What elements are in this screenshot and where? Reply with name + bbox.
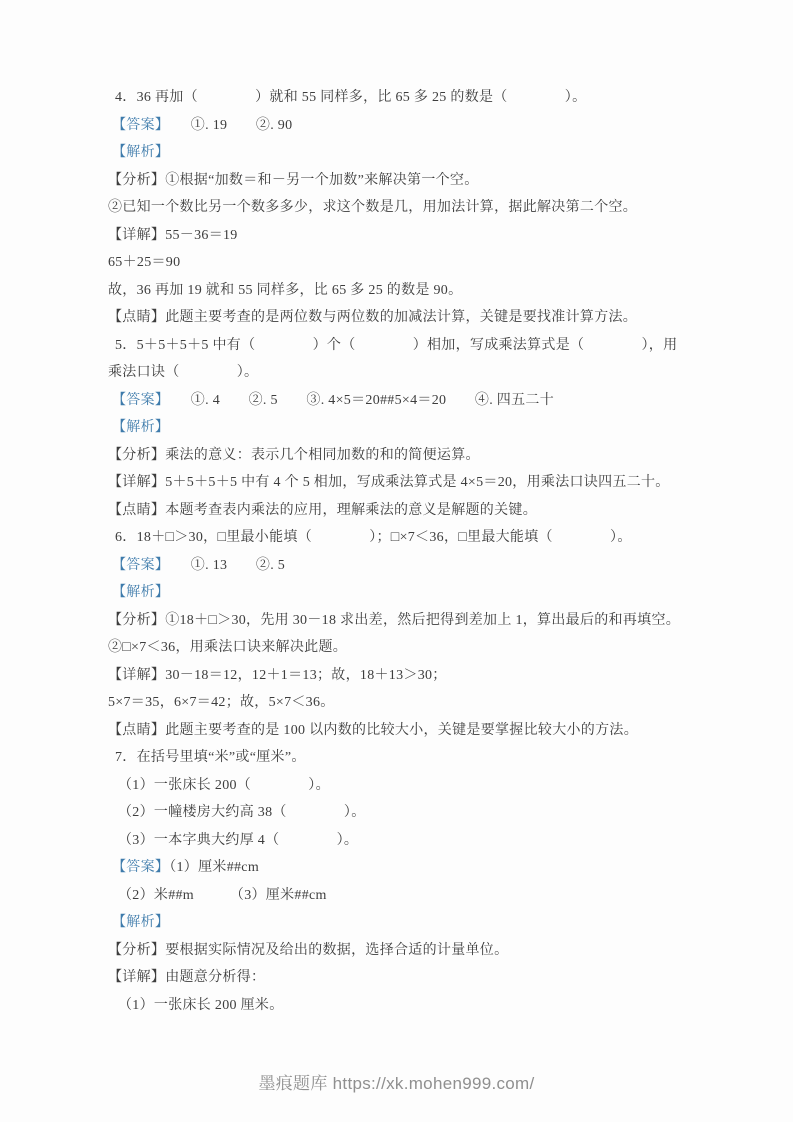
document-line: 【答案】（1）厘米##cm [112,854,723,882]
text-run: 【点睛】本题考查表内乘法的应用，理解乘法的意义是解题的关键。 [108,503,537,518]
document-line: 【分析】①根据“加数＝和－另一个加数”来解决第一个空。 [108,167,723,195]
document-line: 5．5＋5＋5＋5 中有（ ）个（ ）相加，写成乘法算式是（ ），用 [115,332,723,360]
text-run: 5×7＝35，6×7＝42；故，5×7＜36。 [108,695,335,710]
document-line: （2）一幢楼房大约高 38（ ）。 [118,799,723,827]
document-line: 【答案】 ①. 4 ②. 5 ③. 4×5＝20##5×4＝20 ④. 四五二十 [112,387,723,415]
text-run: 【分析】①根据“加数＝和－另一个加数”来解决第一个空。 [108,173,479,188]
document-line: 【点睛】本题考查表内乘法的应用，理解乘法的意义是解题的关键。 [108,497,723,525]
text-run: （1）一张床长 200（ ）。 [118,778,330,793]
document-line: 【解析】 [112,579,723,607]
text-run: 【分析】乘法的意义：表示几个相同加数的和的简便运算。 [108,448,480,463]
document-line: 乘法口诀（ ）。 [108,359,723,387]
text-run: （1）厘米##cm [169,860,259,875]
text-run: 故，36 再加 19 就和 55 同样多，比 65 多 25 的数是 90。 [108,283,462,298]
analysis-label: 【解析】 [112,145,169,160]
document-line: 7．在括号里填“米”或“厘米”。 [115,744,723,772]
document-line: 【答案】 ①. 13 ②. 5 [112,552,723,580]
answer-label: 【答案】 [112,860,169,875]
text-run: ②□×7＜36，用乘法口诀来解决此题。 [108,640,347,655]
text-run: 7．在括号里填“米”或“厘米”。 [115,750,306,765]
document-line: 4．36 再加（ ）就和 55 同样多，比 65 多 25 的数是（ ）。 [115,84,723,112]
text-run: 【分析】要根据实际情况及给出的数据，选择合适的计量单位。 [108,943,508,958]
document-line: 【详解】30－18＝12，12＋1＝13；故，18＋13＞30； [108,662,723,690]
document-line: 【解析】 [112,909,723,937]
document-line: ②已知一个数比另一个数多多少，求这个数是几，用加法计算，据此解决第二个空。 [108,194,723,222]
document-line: 65＋25＝90 [108,249,723,277]
text-run: ①. 4 ②. 5 ③. 4×5＝20##5×4＝20 ④. 四五二十 [162,393,554,408]
document-body: 4．36 再加（ ）就和 55 同样多，比 65 多 25 的数是（ ）。【答案… [0,0,793,1019]
answer-label: 【答案】 [112,558,162,573]
document-line: 故，36 再加 19 就和 55 同样多，比 65 多 25 的数是 90。 [108,277,723,305]
document-line: 【详解】由题意分析得： [108,964,723,992]
text-run: 【详解】55－36＝19 [108,228,238,243]
document-line: 【分析】①18＋□＞30，先用 30－18 求出差，然后把得到差加上 1，算出最… [108,607,723,635]
document-line: （1）一张床长 200（ ）。 [118,772,723,800]
text-run: 【详解】30－18＝12，12＋1＝13；故，18＋13＞30； [108,668,447,683]
document-line: （1）一张床长 200 厘米。 [118,992,723,1020]
document-line: （3）一本字典大约厚 4（ ）。 [118,827,723,855]
text-run: ②已知一个数比另一个数多多少，求这个数是几，用加法计算，据此解决第二个空。 [108,200,637,215]
text-run: 乘法口诀（ ）。 [108,365,258,380]
document-line: 【详解】5＋5＋5＋5 中有 4 个 5 相加，写成乘法算式是 4×5＝20，用… [108,469,723,497]
text-run: 【详解】由题意分析得： [108,970,265,985]
document-line: 【分析】要根据实际情况及给出的数据，选择合适的计量单位。 [108,937,723,965]
analysis-label: 【解析】 [112,915,169,930]
text-run: 【分析】①18＋□＞30，先用 30－18 求出差，然后把得到差加上 1，算出最… [108,613,680,628]
document-line: 【点睛】此题主要考查的是 100 以内数的比较大小，关键是要掌握比较大小的方法。 [108,717,723,745]
document-line: （2）米##m （3）厘米##cm [118,882,723,910]
document-line: 【点睛】此题主要考查的是两位数与两位数的加减法计算，关键是要找准计算方法。 [108,304,723,332]
document-line: ②□×7＜36，用乘法口诀来解决此题。 [108,634,723,662]
text-run: 【详解】5＋5＋5＋5 中有 4 个 5 相加，写成乘法算式是 4×5＝20，用… [108,475,670,490]
text-run: 4．36 再加（ ）就和 55 同样多，比 65 多 25 的数是（ ）。 [115,90,586,105]
text-run: 【点睛】此题主要考查的是 100 以内数的比较大小，关键是要掌握比较大小的方法。 [108,723,638,738]
answer-label: 【答案】 [112,393,162,408]
text-run: （3）一本字典大约厚 4（ ）。 [118,833,358,848]
document-line: 6．18＋□＞30，□里最小能填（ ）；□×7＜36，□里最大能填（ ）。 [115,524,723,552]
text-run: （2）米##m （3）厘米##cm [118,888,327,903]
text-run: ①. 19 ②. 90 [162,118,292,133]
document-line: 【分析】乘法的意义：表示几个相同加数的和的简便运算。 [108,442,723,470]
text-run: （2）一幢楼房大约高 38（ ）。 [118,805,366,820]
footer-site-link: 墨痕题库 https://xk.mohen999.com/ [0,1069,793,1094]
text-run: 65＋25＝90 [108,255,180,270]
document-line: 【详解】55－36＝19 [108,222,723,250]
document-line: 【解析】 [112,139,723,167]
text-run: （1）一张床长 200 厘米。 [118,998,284,1013]
text-run: 6．18＋□＞30，□里最小能填（ ）；□×7＜36，□里最大能填（ ）。 [115,530,632,545]
answer-label: 【答案】 [112,118,162,133]
text-run: ①. 13 ②. 5 [162,558,285,573]
document-line: 【解析】 [112,414,723,442]
text-run: 5．5＋5＋5＋5 中有（ ）个（ ）相加，写成乘法算式是（ ），用 [115,338,677,353]
analysis-label: 【解析】 [112,420,169,435]
text-run: 【点睛】此题主要考查的是两位数与两位数的加减法计算，关键是要找准计算方法。 [108,310,637,325]
analysis-label: 【解析】 [112,585,169,600]
document-line: 【答案】 ①. 19 ②. 90 [112,112,723,140]
document-line: 5×7＝35，6×7＝42；故，5×7＜36。 [108,689,723,717]
